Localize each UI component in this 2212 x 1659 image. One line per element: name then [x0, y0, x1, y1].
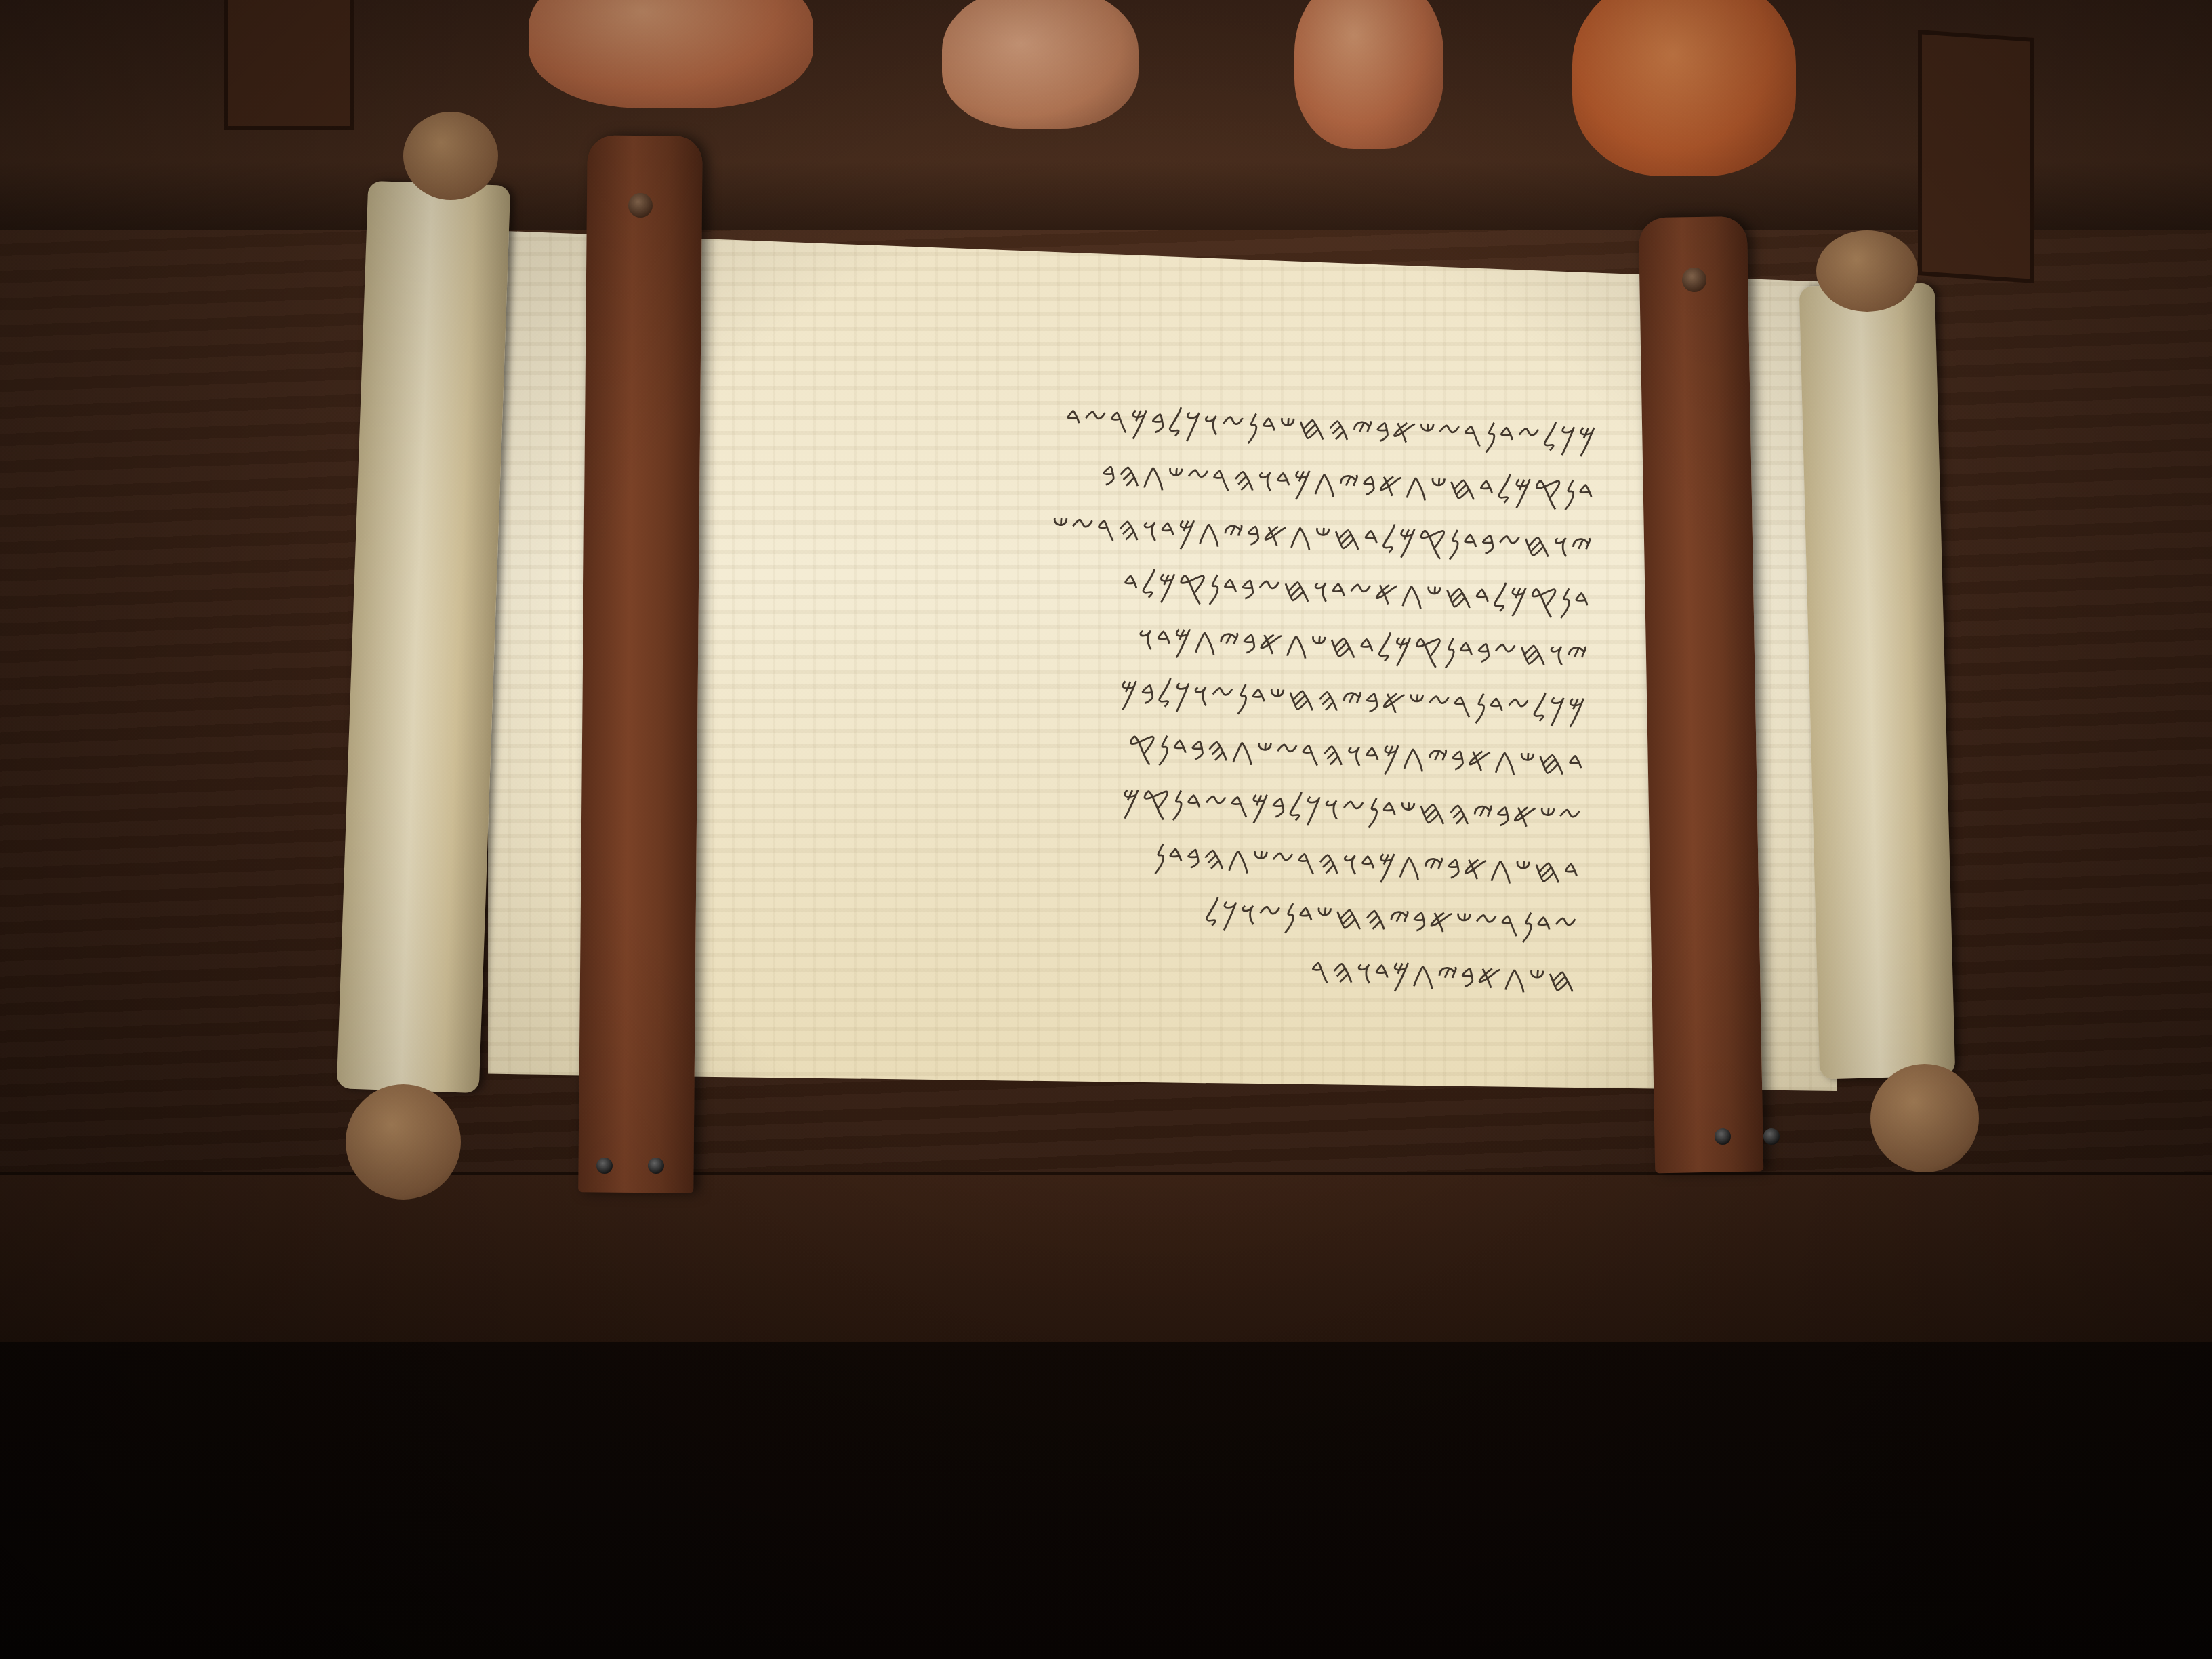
- rivet: [1715, 1128, 1731, 1145]
- terracotta-jar: [1572, 0, 1796, 176]
- rivet: [1682, 268, 1706, 292]
- dark-base: [0, 1342, 2212, 1659]
- scroll-text: 𐤌𐤊𐤋𐤆𐤃𐤍𐤓𐤆𐤔𐤀𐤁𐤉𐤄𐤇𐤔𐤃𐤍𐤆𐤅𐤊𐤋𐤁𐤌𐤓𐤆𐤃 𐤃𐤍𐤒𐤌𐤋𐤃𐤇𐤔𐤂𐤀𐤁𐤉𐤂…: [736, 380, 1599, 1008]
- rivet: [628, 193, 653, 218]
- carved-wooden-block-right: [1918, 30, 2034, 283]
- leather-strap-left: [578, 135, 703, 1193]
- roller-knob-left-top: [403, 112, 498, 200]
- roller-knob-right-top: [1816, 230, 1918, 312]
- clay-pot: [1294, 0, 1443, 149]
- clay-pot: [942, 0, 1139, 129]
- roller-knob-right-bottom: [1870, 1064, 1979, 1172]
- scroll-roller-right: [1799, 283, 1956, 1080]
- leather-strap-right: [1639, 216, 1764, 1174]
- wooden-ledge: [0, 1172, 2212, 1345]
- rivet: [1763, 1128, 1780, 1145]
- rivet: [596, 1158, 613, 1174]
- museum-scene: 𐤌𐤊𐤋𐤆𐤃𐤍𐤓𐤆𐤔𐤀𐤁𐤉𐤄𐤇𐤔𐤃𐤍𐤆𐤅𐤊𐤋𐤁𐤌𐤓𐤆𐤃 𐤃𐤍𐤒𐤌𐤋𐤃𐤇𐤔𐤂𐤀𐤁𐤉𐤂…: [0, 0, 2212, 1659]
- roller-knob-left-bottom: [346, 1084, 461, 1200]
- clay-pot: [529, 0, 813, 108]
- carved-wooden-block-left: [224, 0, 354, 130]
- rivet: [648, 1158, 664, 1174]
